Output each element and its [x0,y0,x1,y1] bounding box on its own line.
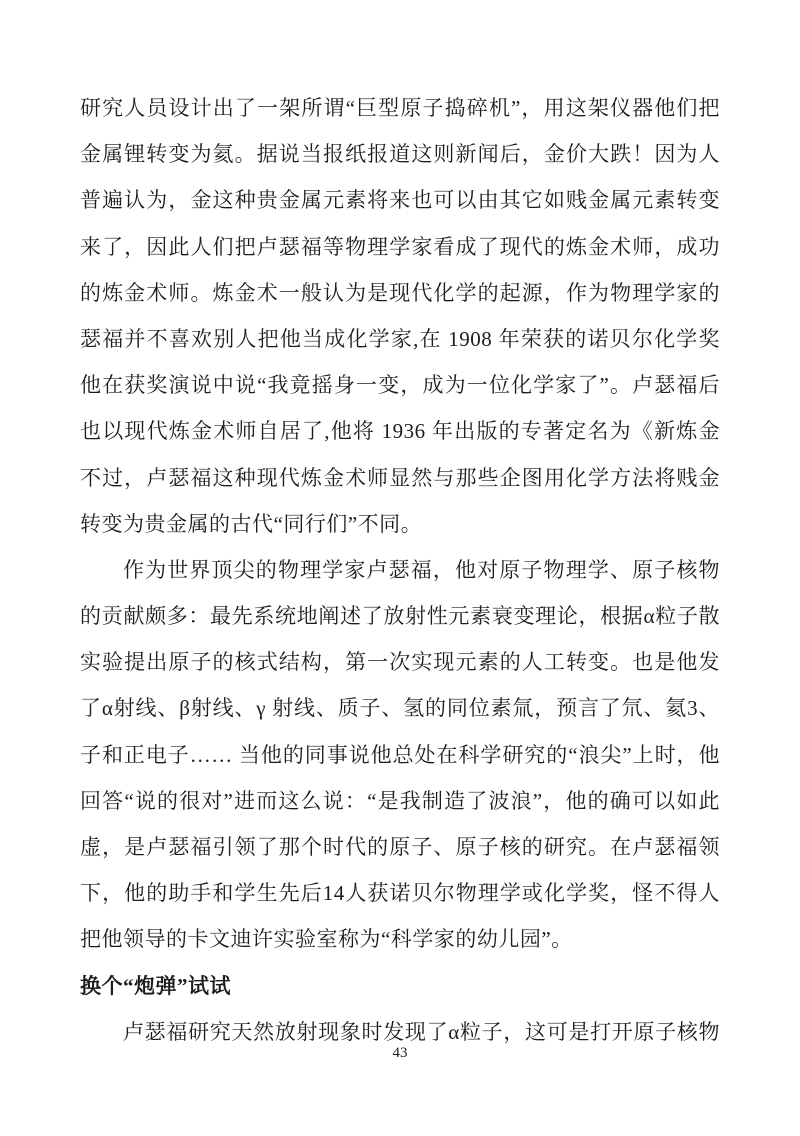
body-text-line: 把他领导的卡文迪许实验室称为“科学家的幼儿园”。 [80,916,720,962]
body-text-line: 转变为贵金属的古代“同行们”不同。 [80,501,720,547]
body-text-line: 了α射线、β射线、γ 射线、质子、氢的同位素氚，预言了氘、氦3、中 [80,685,720,731]
body-text-line: 金属锂转变为氦。据说当报纸报道这则新闻后，金价大跌！因为人们 [80,131,720,177]
body-text-line: 瑟福并不喜欢别人把他当成化学家,在 1908 年荣获的诺贝尔化学奖后， [80,316,720,362]
text-block: 研究人员设计出了一架所谓“巨型原子捣碎机”，用这架仪器他们把轻 金属锂转变为氦。… [80,85,720,1055]
body-text-line: 的炼金术师。炼金术一般认为是现代化学的起源，作为物理学家的卢 [80,270,720,316]
body-text-line: 也以现代炼金术师自居了,他将 1936 年出版的专著定名为《新炼金术》。 [80,408,720,454]
body-text-line: 的贡献颇多：最先系统地阐述了放射性元素衰变理论，根据α粒子散射 [80,593,720,639]
body-text-line: 普遍认为，金这种贵金属元素将来也可以由其它如贱金属元素转变而 [80,177,720,223]
body-text-line: 虚，是卢瑟福引领了那个时代的原子、原子核的研究。在卢瑟福领导 [80,824,720,870]
document-page: 研究人员设计出了一架所谓“巨型原子捣碎机”，用这架仪器他们把轻 金属锂转变为氦。… [0,0,800,1136]
section-heading: 换个“炮弹”试试 [80,963,720,1009]
page-number: 43 [0,1042,800,1064]
body-text-line: 回答“说的很对”进而这么说：“是我制造了波浪”，他的确可以如此不谦 [80,778,720,824]
body-text-line: 实验提出原子的核式结构，第一次实现元素的人工转变。也是他发现 [80,639,720,685]
body-text-line: 不过，卢瑟福这种现代炼金术师显然与那些企图用化学方法将贱金属 [80,455,720,501]
body-text-line: 子和正电子…… 当他的同事说他总处在科学研究的“浪尖”上时，他先 [80,732,720,778]
body-text-line: 作为世界顶尖的物理学家卢瑟福，他对原子物理学、原子核物理学 [80,547,720,593]
body-text-line: 研究人员设计出了一架所谓“巨型原子捣碎机”，用这架仪器他们把轻 [80,85,720,131]
body-text-line: 来了，因此人们把卢瑟福等物理学家看成了现代的炼金术师，成功了 [80,224,720,270]
body-text-line: 下，他的助手和学生先后14人获诺贝尔物理学或化学奖，怪不得人们 [80,870,720,916]
body-text-line: 他在获奖演说中说“我竟摇身一变，成为一位化学家了”。卢瑟福后来 [80,362,720,408]
